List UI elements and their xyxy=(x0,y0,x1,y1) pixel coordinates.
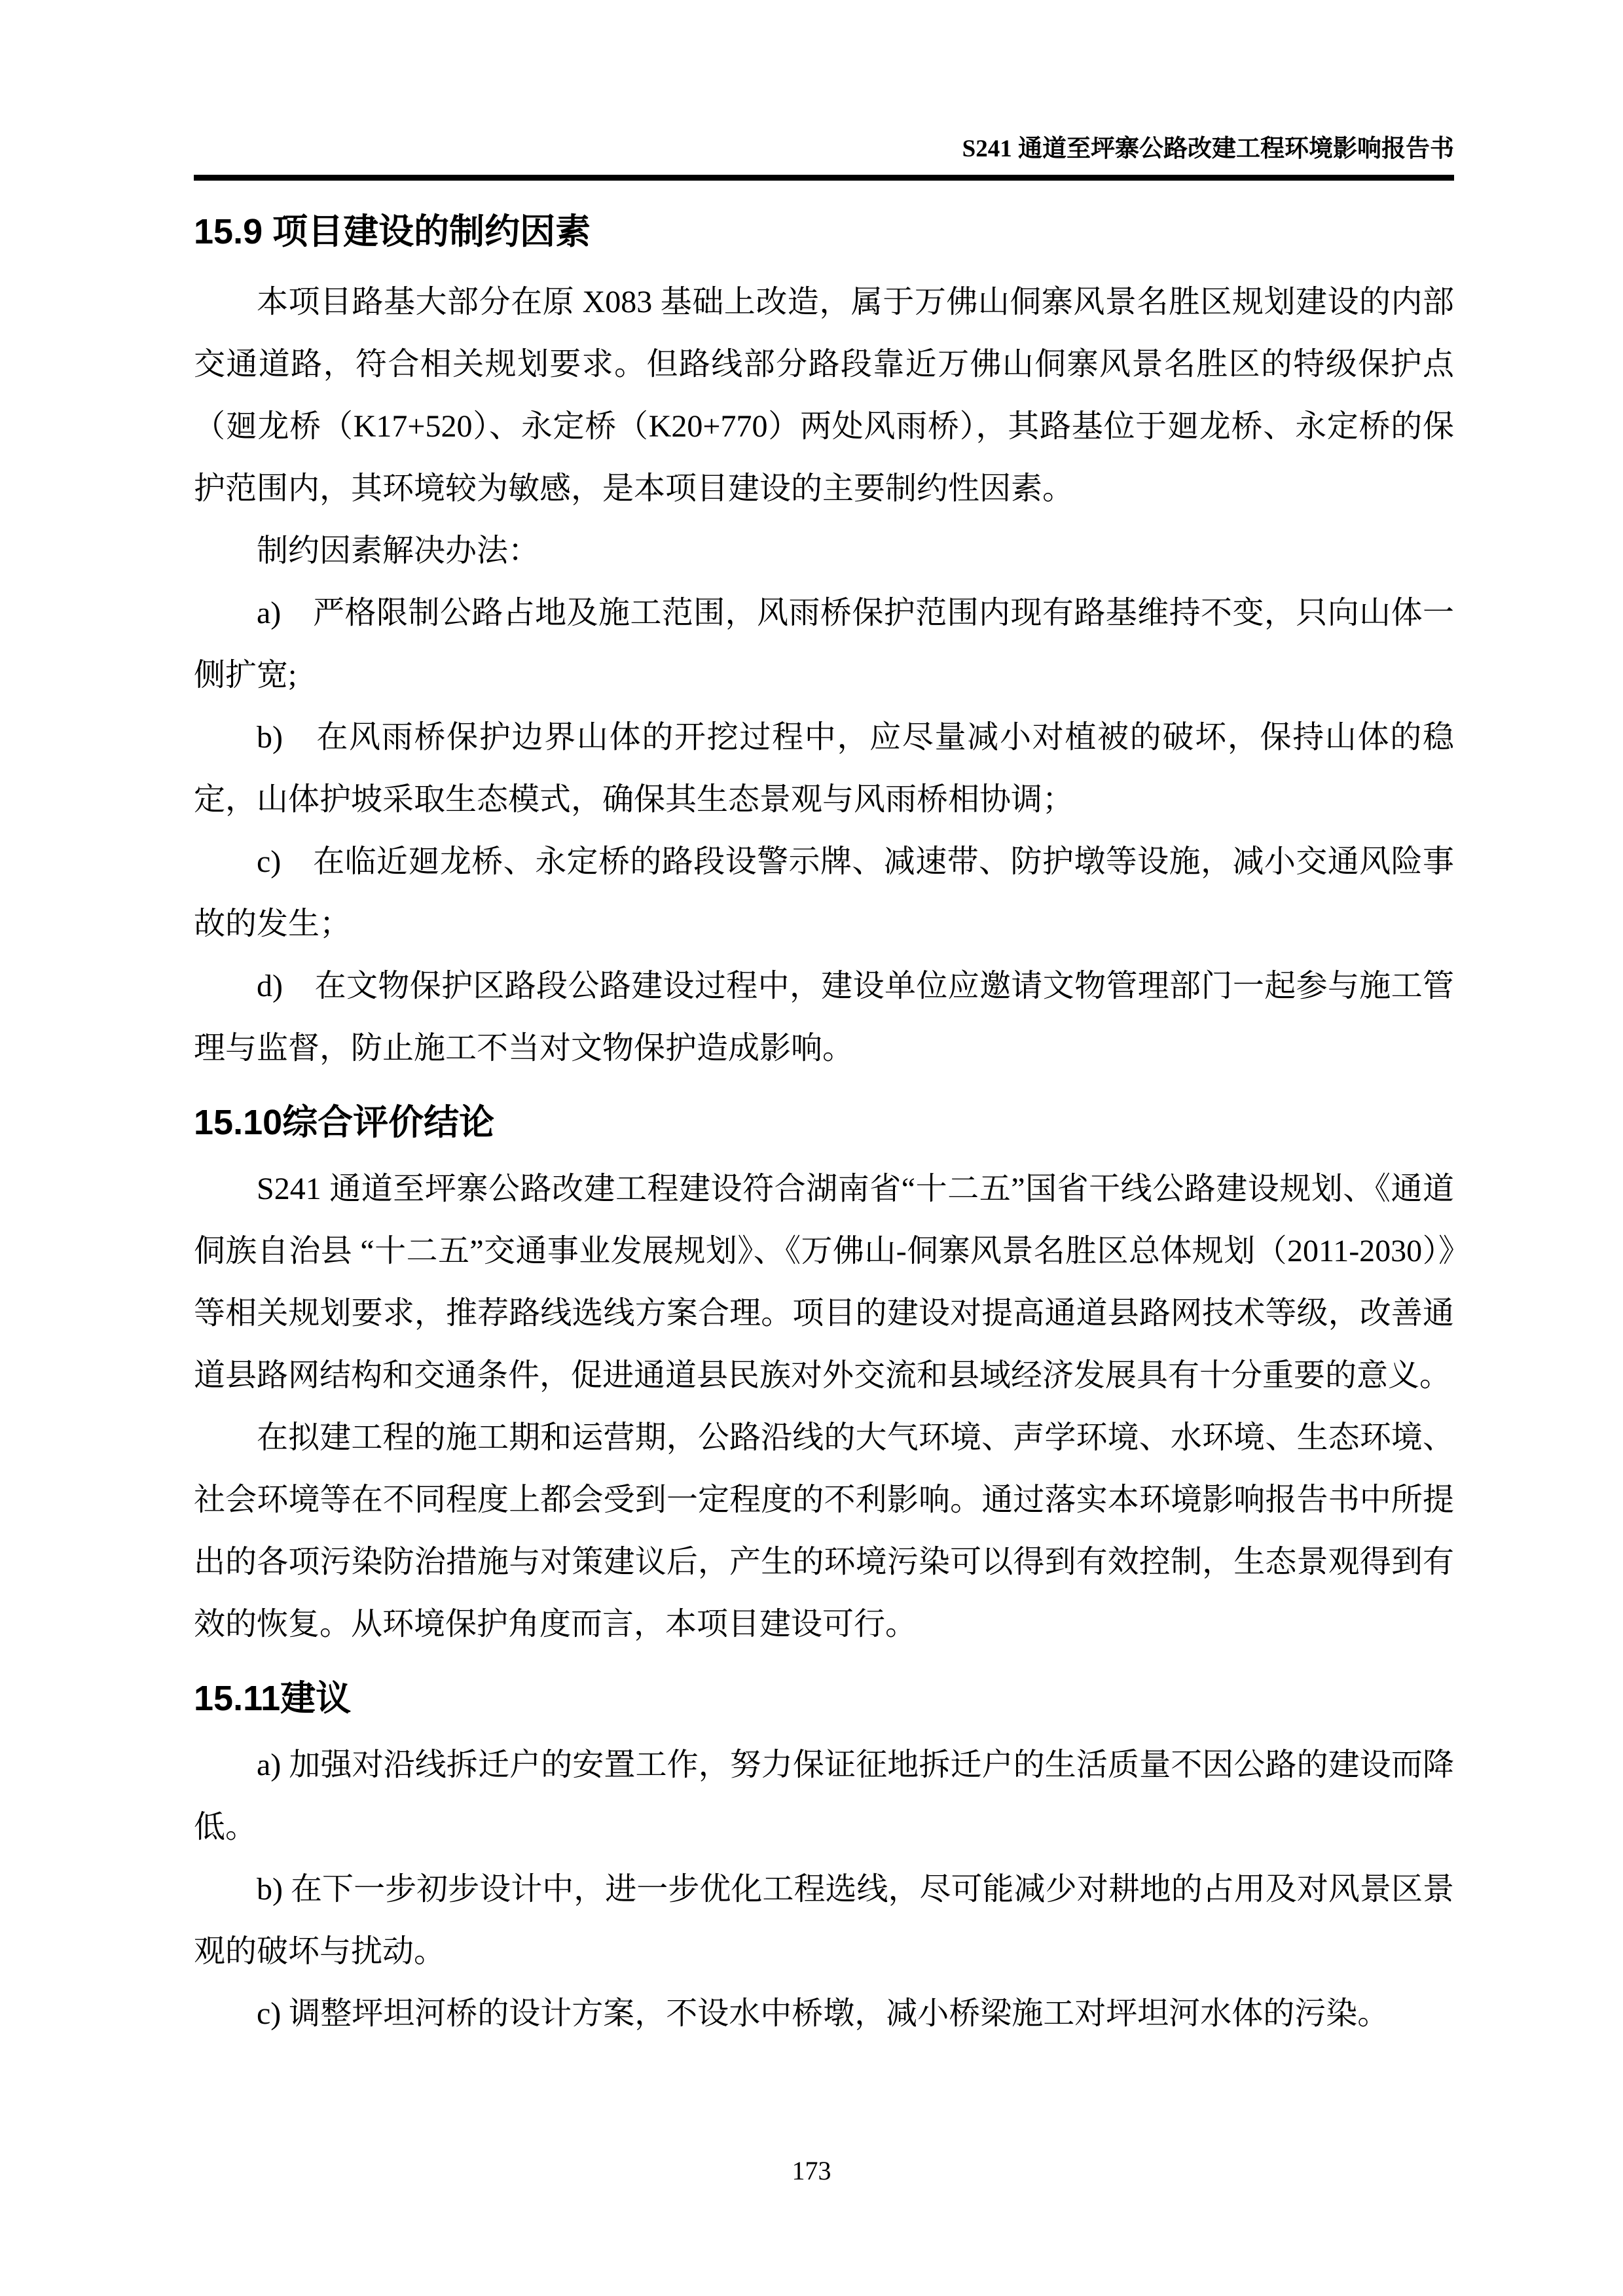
paragraph-conclusion-2: 在拟建工程的施工期和运营期，公路沿线的大气环境、声学环境、水环境、生态环境、社会… xyxy=(194,1407,1454,1655)
document-content: S241 通道至坪寨公路改建工程环境影响报告书 15.9 项目建设的制约因素 本… xyxy=(194,134,1454,2045)
suggestion-item-b: b) 在下一步初步设计中，进一步优化工程选线，尽可能减少对耕地的占用及对风景区景… xyxy=(194,1858,1454,1982)
page-header: S241 通道至坪寨公路改建工程环境影响报告书 xyxy=(194,134,1454,181)
paragraph-constraints-intro: 本项目路基大部分在原 X083 基础上改造，属于万佛山侗寨风景名胜区规划建设的内… xyxy=(194,271,1454,520)
header-title: S241 通道至坪寨公路改建工程环境影响报告书 xyxy=(194,134,1454,164)
header-rule xyxy=(194,175,1454,181)
suggestion-item-a: a) 加强对沿线拆迁户的安置工作，努力保证征地拆迁户的生活质量不因公路的建设而降… xyxy=(194,1734,1454,1858)
list-item-a: a) 严格限制公路占地及施工范围，风雨桥保护范围内现有路基维持不变，只向山体一侧… xyxy=(194,582,1454,706)
paragraph-conclusion-1: S241 通道至坪寨公路改建工程建设符合湖南省“十二五”国省干线公路建设规划、《… xyxy=(194,1158,1454,1407)
section-heading-15-9: 15.9 项目建设的制约因素 xyxy=(194,211,1454,253)
page-footer: 173 xyxy=(0,2155,1623,2186)
suggestion-item-c: c) 调整坪坦河桥的设计方案，不设水中桥墩，减小桥梁施工对坪坦河水体的污染。 xyxy=(194,1982,1454,2045)
page-number: 173 xyxy=(792,2156,831,2185)
list-item-b: b) 在风雨桥保护边界山体的开挖过程中，应尽量减小对植被的破坏，保持山体的稳定，… xyxy=(194,706,1454,831)
section-heading-15-11: 15.11建议 xyxy=(194,1677,1454,1719)
section-heading-15-10: 15.10综合评价结论 xyxy=(194,1102,1454,1143)
list-item-d: d) 在文物保护区路段公路建设过程中，建设单位应邀请文物管理部门一起参与施工管理… xyxy=(194,955,1454,1079)
paragraph-solutions-lead: 制约因素解决办法： xyxy=(194,520,1454,582)
list-item-c: c) 在临近廻龙桥、永定桥的路段设警示牌、减速带、防护墩等设施，减小交通风险事故… xyxy=(194,831,1454,955)
document-page: S241 通道至坪寨公路改建工程环境影响报告书 15.9 项目建设的制约因素 本… xyxy=(0,0,1623,2296)
